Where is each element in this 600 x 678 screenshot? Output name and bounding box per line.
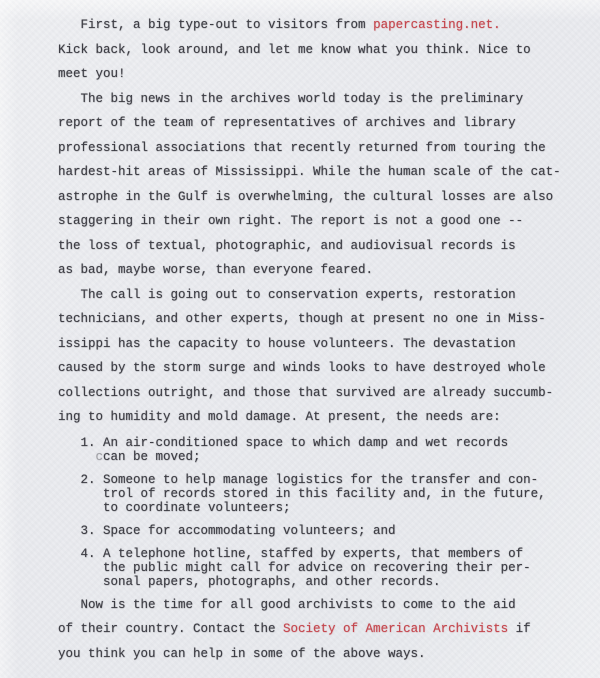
text-line: the public might call for advice on reco…: [58, 561, 570, 575]
overstrike-character: c: [96, 450, 104, 464]
text-line: collections outright, and those that sur…: [58, 381, 570, 406]
text-line: sonal papers, photographs, and other rec…: [58, 575, 570, 589]
text-segment: astrophe in the Gulf is overwhelming, th…: [58, 190, 553, 204]
link-papercasting-net[interactable]: papercasting.net.: [373, 18, 501, 32]
text-line: caused by the storm surge and winds look…: [58, 356, 570, 381]
paragraph: First, a big type-out to visitors from p…: [58, 13, 570, 87]
text-segment: 3. Space for accommodating volunteers; a…: [58, 524, 396, 538]
text-segment: staggering in their own right. The repor…: [58, 214, 523, 228]
text-line: ccan be moved;: [58, 450, 570, 464]
text-line: First, a big type-out to visitors from p…: [58, 13, 570, 38]
text-segment: technicians, and other experts, though a…: [58, 312, 546, 326]
text-segment: professional associations that recently …: [58, 141, 546, 155]
text-line: 1. An air-conditioned space to which dam…: [58, 436, 570, 450]
text-segment: can be moved;: [103, 450, 201, 464]
text-segment: as bad, maybe worse, than everyone feare…: [58, 263, 373, 277]
paragraph: The big news in the archives world today…: [58, 87, 570, 283]
text-line: as bad, maybe worse, than everyone feare…: [58, 258, 570, 283]
text-segment: 2. Someone to help manage logistics for …: [58, 473, 538, 487]
text-segment: 1. An air-conditioned space to which dam…: [58, 436, 508, 450]
text-line: The big news in the archives world today…: [58, 87, 570, 112]
text-line: meet you!: [58, 62, 570, 87]
text-line: 2. Someone to help manage logistics for …: [58, 473, 570, 487]
text-segment: the public might call for advice on reco…: [58, 561, 531, 575]
text-line: to coordinate volunteers;: [58, 501, 570, 515]
text-line: The call is going out to conservation ex…: [58, 283, 570, 308]
paragraph: Now is the time for all good archivists …: [58, 593, 570, 667]
text-line: staggering in their own right. The repor…: [58, 209, 570, 234]
text-line: Now is the time for all good archivists …: [58, 593, 570, 618]
text-line: report of the team of representatives of…: [58, 111, 570, 136]
document-body: First, a big type-out to visitors from p…: [58, 13, 570, 666]
text-segment: if: [508, 622, 531, 636]
text-segment: hardest-hit areas of Mississippi. While …: [58, 165, 561, 179]
text-line: you think you can help in some of the ab…: [58, 642, 570, 667]
text-line: Kick back, look around, and let me know …: [58, 38, 570, 63]
text-segment: The call is going out to conservation ex…: [58, 288, 516, 302]
text-line: 4. A telephone hotline, staffed by exper…: [58, 547, 570, 561]
link-society-of-american-archivists[interactable]: Society of American Archivists: [283, 622, 508, 636]
text-segment: The big news in the archives world today…: [58, 92, 523, 106]
text-segment: to coordinate volunteers;: [58, 501, 291, 515]
text-segment: sonal papers, photographs, and other rec…: [58, 575, 441, 589]
text-segment: Now is the time for all good archivists …: [58, 598, 516, 612]
text-segment: trol of records stored in this facility …: [58, 487, 546, 501]
text-line: astrophe in the Gulf is overwhelming, th…: [58, 185, 570, 210]
text-line: ing to humidity and mold damage. At pres…: [58, 405, 570, 430]
text-segment: you think you can help in some of the ab…: [58, 647, 426, 661]
text-segment: meet you!: [58, 67, 126, 81]
text-segment: caused by the storm surge and winds look…: [58, 361, 546, 375]
list-item: 2. Someone to help manage logistics for …: [58, 473, 570, 515]
text-segment: report of the team of representatives of…: [58, 116, 516, 130]
text-line: technicians, and other experts, though a…: [58, 307, 570, 332]
text-line: 3. Space for accommodating volunteers; a…: [58, 524, 570, 538]
text-line: the loss of textual, photographic, and a…: [58, 234, 570, 259]
text-segment: of their country. Contact the: [58, 622, 283, 636]
text-segment: 4. A telephone hotline, staffed by exper…: [58, 547, 523, 561]
paragraph: The call is going out to conservation ex…: [58, 283, 570, 430]
text-segment: issippi has the capacity to house volunt…: [58, 337, 516, 351]
text-line: hardest-hit areas of Mississippi. While …: [58, 160, 570, 185]
text-line: of their country. Contact the Society of…: [58, 617, 570, 642]
typewritten-page: First, a big type-out to visitors from p…: [0, 0, 600, 678]
list-item: 1. An air-conditioned space to which dam…: [58, 436, 570, 464]
text-line: issippi has the capacity to house volunt…: [58, 332, 570, 357]
text-segment: ing to humidity and mold damage. At pres…: [58, 410, 501, 424]
list-item: 3. Space for accommodating volunteers; a…: [58, 524, 570, 538]
text-line: professional associations that recently …: [58, 136, 570, 161]
text-segment: collections outright, and those that sur…: [58, 386, 553, 400]
text-segment: the loss of textual, photographic, and a…: [58, 239, 516, 253]
list-item: 4. A telephone hotline, staffed by exper…: [58, 547, 570, 589]
text-segment: [58, 450, 96, 464]
text-line: trol of records stored in this facility …: [58, 487, 570, 501]
text-segment: Kick back, look around, and let me know …: [58, 43, 531, 57]
text-segment: First, a big type-out to visitors from: [58, 18, 373, 32]
